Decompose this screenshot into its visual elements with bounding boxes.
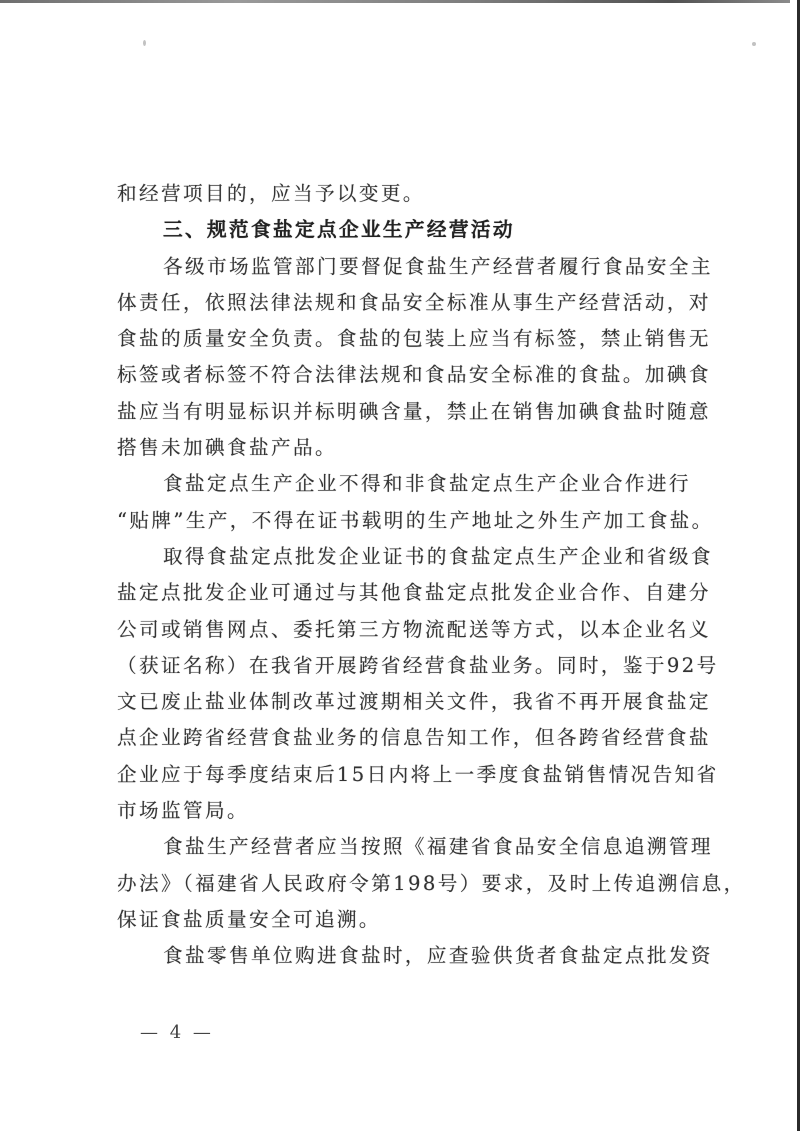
- text-line: 市场监管局。: [117, 793, 695, 829]
- text-line: 公司或销售网点、委托第三方物流配送等方式，以本企业名义: [117, 612, 695, 648]
- text-line: 盐应当有明显标识并标明碘含量，禁止在销售加碘食盐时随意: [117, 394, 695, 430]
- text-line: 食盐的质量安全负责。食盐的包装上应当有标签，禁止销售无: [117, 321, 695, 357]
- scan-speck: [143, 40, 146, 46]
- text-line: 搭售未加碘食盐产品。: [117, 430, 695, 466]
- paragraph-start: 食盐定点生产企业不得和非食盐定点生产企业合作进行: [117, 466, 695, 502]
- text-line: “贴牌”生产，不得在证书载明的生产地址之外生产加工食盐。: [117, 503, 695, 539]
- document-body: 和经营项目的，应当予以变更。 三、规范食盐定点企业生产经营活动 各级市场监管部门…: [117, 176, 695, 975]
- text-line: （获证名称）在我省开展跨省经营食盐业务。同时，鉴于92号: [117, 648, 695, 684]
- page-number: — 4 —: [140, 1022, 214, 1043]
- text-line: 保证食盐质量安全可追溯。: [117, 902, 695, 938]
- scan-speck: [752, 42, 756, 46]
- paragraph-start: 食盐零售单位购进食盐时，应查验供货者食盐定点批发资: [117, 938, 695, 974]
- paragraph-start: 各级市场监管部门要督促食盐生产经营者履行食品安全主: [117, 249, 695, 285]
- text-line: 企业应于每季度结束后15日内将上一季度食盐销售情况告知省: [117, 757, 695, 793]
- section-heading: 三、规范食盐定点企业生产经营活动: [117, 212, 695, 248]
- text-line: 盐定点批发企业可通过与其他食盐定点批发企业合作、自建分: [117, 575, 695, 611]
- text-line: 点企业跨省经营食盐业务的信息告知工作，但各跨省经营食盐: [117, 720, 695, 756]
- scan-top-edge: [0, 0, 790, 3]
- paragraph-start: 取得食盐定点批发企业证书的食盐定点生产企业和省级食: [117, 539, 695, 575]
- text-line: 标签或者标签不符合法律法规和食品安全标准的食盐。加碘食: [117, 357, 695, 393]
- text-line: 体责任，依照法律法规和食品安全标准从事生产经营活动，对: [117, 285, 695, 321]
- text-line: 和经营项目的，应当予以变更。: [117, 176, 695, 212]
- text-line: 文已废止盐业体制改革过渡期相关文件，我省不再开展食盐定: [117, 684, 695, 720]
- paragraph-start: 食盐生产经营者应当按照《福建省食品安全信息追溯管理: [117, 829, 695, 865]
- text-line: 办法》（福建省人民政府令第198号）要求，及时上传追溯信息，: [117, 866, 695, 902]
